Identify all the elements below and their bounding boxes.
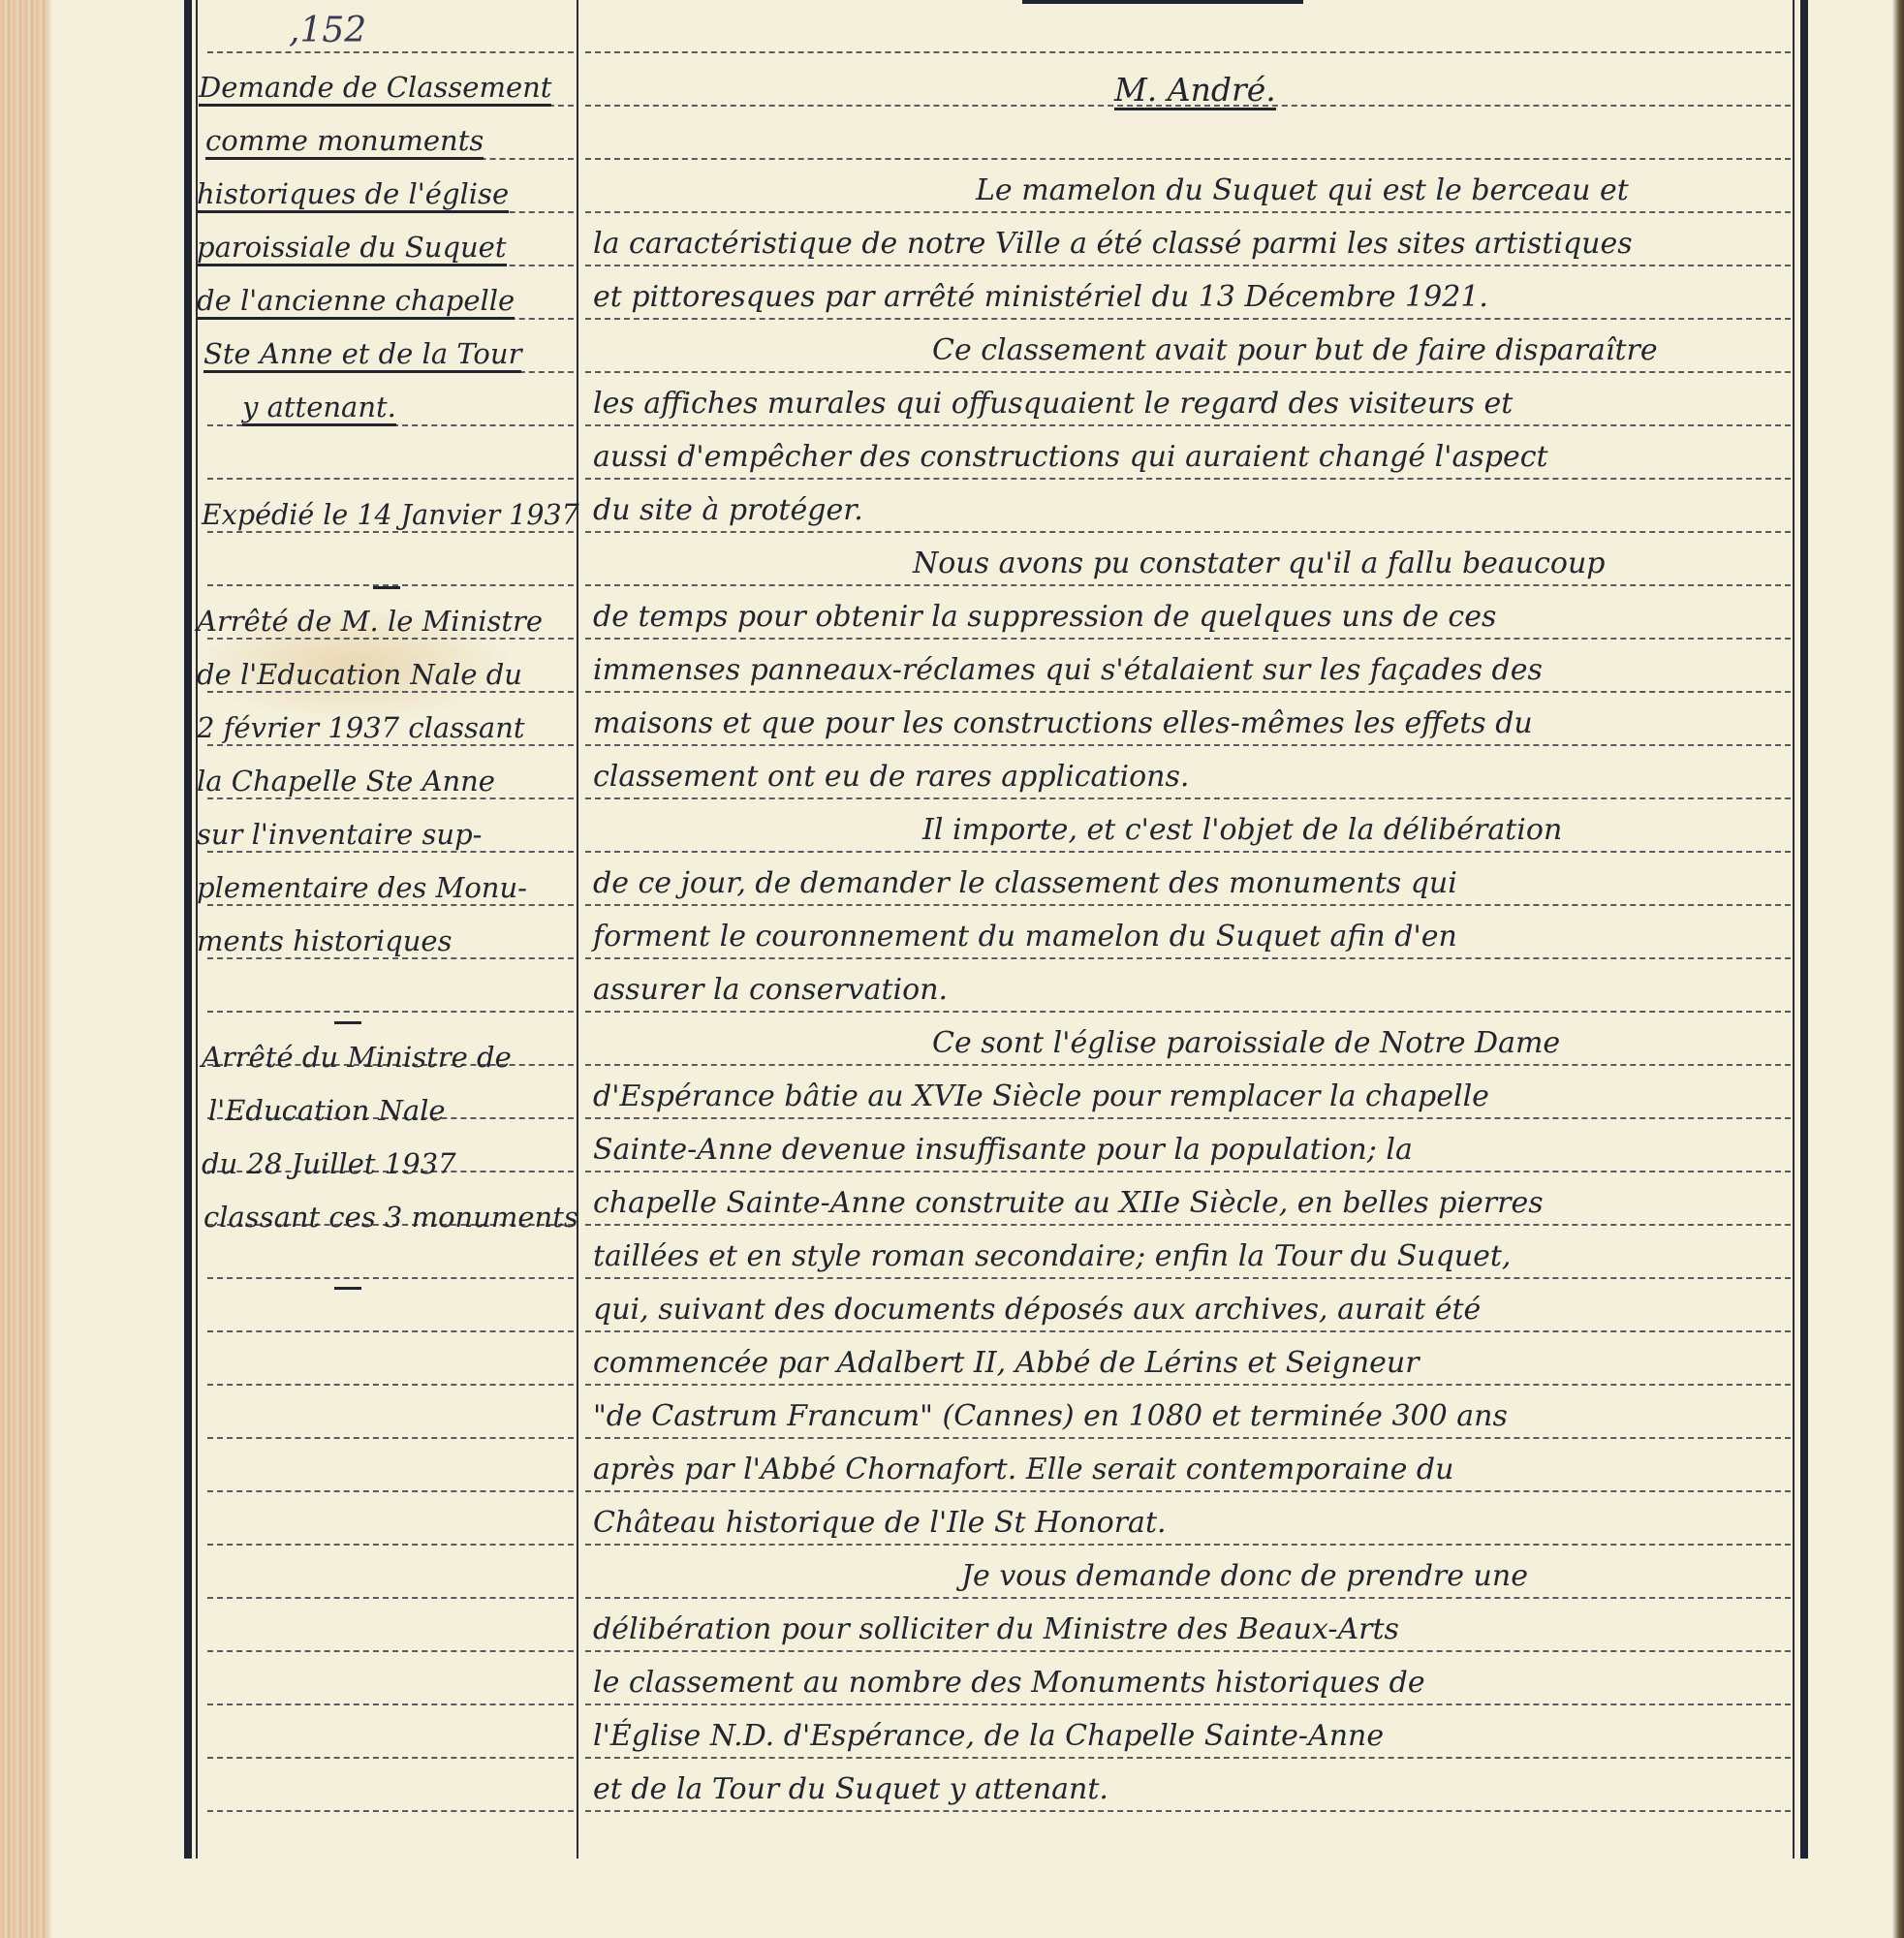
ruled-line — [585, 318, 1791, 320]
decree-line: de l'Education Nale du — [197, 661, 522, 689]
body-text-line: qui, suivant des documents déposés aux a… — [593, 1296, 1481, 1325]
body-text-line: taillées et en style roman secondaire; e… — [593, 1242, 1511, 1271]
body-text-line: Nous avons pu constater qu'il a fallu be… — [913, 549, 1606, 578]
ruled-line — [585, 158, 1791, 160]
body-text-line: immenses panneaux-réclames qui s'étalaie… — [593, 656, 1543, 685]
ruled-line — [585, 1064, 1791, 1066]
separator-dash — [334, 1287, 361, 1290]
decree-line: Arrêté du Ministre de — [202, 1044, 512, 1072]
body-text-line: maisons et que pour les constructions el… — [593, 709, 1533, 738]
ruled-line — [585, 1117, 1791, 1119]
body-text-line: forment le couronnement du mamelon du Su… — [593, 922, 1457, 952]
margin-title-line: historiques de l'église — [197, 180, 509, 213]
ruled-line — [207, 797, 574, 799]
book-page-edge-right — [1892, 0, 1904, 1938]
ruled-line — [207, 1650, 574, 1652]
decree-line: du 28 Juillet 1937 — [202, 1150, 456, 1178]
ruled-line — [585, 1704, 1791, 1705]
margin-title-line: Ste Anne et de la Tour — [203, 340, 521, 373]
ruled-line — [207, 1490, 574, 1492]
ruled-line — [585, 478, 1791, 480]
decree-line: sur l'inventaire sup- — [197, 821, 482, 849]
ruled-line — [585, 1277, 1791, 1279]
ruled-line — [207, 531, 574, 533]
ruled-line — [207, 1277, 574, 1279]
ruled-line — [585, 1011, 1791, 1013]
ruled-line — [585, 691, 1791, 693]
speaker-name: M. André. — [1114, 74, 1276, 110]
decree-line: 2 février 1937 classant — [197, 714, 525, 742]
ruled-line — [207, 1757, 574, 1759]
ruled-line — [207, 1704, 574, 1705]
ruled-line — [585, 1437, 1791, 1439]
margin-title-line: de l'ancienne chapelle — [197, 287, 515, 320]
ruled-line — [585, 424, 1791, 426]
decree-line: ments historiques — [197, 927, 452, 955]
body-text-line: d'Espérance bâtie au XVIe Siècle pour re… — [593, 1082, 1489, 1111]
body-text-line: Il importe, et c'est l'objet de la délib… — [922, 816, 1562, 845]
body-text-line: de ce jour, de demander le classement de… — [593, 869, 1457, 898]
body-text-line: commencée par Adalbert II, Abbé de Lérin… — [593, 1349, 1420, 1378]
column-divider — [577, 0, 578, 1859]
separator-dash — [334, 1021, 361, 1024]
ruled-line — [585, 1171, 1791, 1172]
margin-title-line: Demande de Classement — [199, 74, 551, 107]
ruled-line — [207, 1437, 574, 1439]
decree-line: la Chapelle Ste Anne — [197, 767, 495, 796]
body-text-line: Ce classement avait pour but de faire di… — [932, 336, 1658, 365]
book-page-edges-left — [0, 0, 47, 1938]
ruled-line — [585, 957, 1791, 959]
ruled-line — [207, 1597, 574, 1599]
ruled-line — [585, 1810, 1791, 1812]
body-text-line: Ce sont l'église paroissiale de Notre Da… — [932, 1029, 1560, 1058]
body-text-line: les affiches murales qui offusquaient le… — [593, 390, 1513, 419]
body-text-line: assurer la conservation. — [593, 976, 948, 1005]
ruled-line — [585, 1757, 1791, 1759]
ruled-line — [585, 265, 1791, 266]
ruled-line — [207, 1544, 574, 1546]
body-text-line: du site à protéger. — [593, 496, 863, 525]
ruled-line — [207, 1330, 574, 1332]
body-text-line: et de la Tour du Suquet y attenant. — [593, 1775, 1108, 1804]
ruled-line — [585, 531, 1791, 533]
ruled-line — [207, 1384, 574, 1386]
body-text-line: la caractéristique de notre Ville a été … — [593, 230, 1633, 259]
separator-dash — [373, 586, 400, 589]
ruled-line — [207, 51, 574, 53]
top-header-underline — [1022, 0, 1303, 4]
ruled-line — [207, 1810, 574, 1812]
ruled-line — [585, 1490, 1791, 1492]
body-text-line: après par l'Abbé Chornafort. Elle serait… — [593, 1455, 1453, 1485]
ruled-line — [207, 478, 574, 480]
ruled-line — [585, 1224, 1791, 1226]
ruled-line — [585, 851, 1791, 853]
ruled-line — [207, 904, 574, 906]
margin-title-line: paroissiale du Suquet — [197, 234, 507, 266]
ruled-line — [207, 744, 574, 746]
ruled-line — [585, 638, 1791, 640]
body-text-line: et pittoresques par arrêté ministériel d… — [593, 283, 1488, 312]
decree-line: Arrêté de M. le Ministre — [197, 608, 543, 636]
ruled-line — [585, 1544, 1791, 1546]
body-text-line: de temps pour obtenir la suppression de … — [593, 603, 1496, 632]
decree-line: plementaire des Monu- — [197, 874, 527, 902]
page-gutter-shadow — [47, 0, 52, 1938]
ruled-line — [207, 691, 574, 693]
ruled-line — [585, 1650, 1791, 1652]
ruled-line — [207, 851, 574, 853]
ruled-line — [207, 957, 574, 959]
body-text-line: aussi d'empêcher des constructions qui a… — [593, 443, 1548, 472]
sent-date-note: Expédié le 14 Janvier 1937 — [202, 501, 579, 529]
decree-line: classant ces 3 monuments — [203, 1203, 578, 1232]
body-text-line: Château historique de l'Ile St Honorat. — [593, 1509, 1167, 1538]
ruled-line — [585, 904, 1791, 906]
entry-number: ,152 — [289, 14, 366, 48]
frame-border-right-thick — [1800, 0, 1808, 1859]
body-text-line: "de Castrum Francum" (Cannes) en 1080 et… — [593, 1402, 1508, 1431]
body-text-line: l'Église N.D. d'Espérance, de la Chapell… — [593, 1722, 1384, 1751]
decree-line: l'Education Nale — [208, 1097, 446, 1125]
ruled-line — [585, 211, 1791, 213]
ruled-line — [585, 797, 1791, 799]
ruled-line — [585, 744, 1791, 746]
ruled-line — [585, 1597, 1791, 1599]
body-text-line: chapelle Sainte-Anne construite au XIIe … — [593, 1189, 1544, 1218]
ruled-line — [207, 1011, 574, 1013]
margin-title-line: comme monuments — [205, 127, 484, 160]
body-text-line: Le mamelon du Suquet qui est le berceau … — [976, 176, 1629, 205]
body-text-line: classement ont eu de rares applications. — [593, 763, 1189, 792]
ruled-line — [585, 1330, 1791, 1332]
frame-border-left-thick — [184, 0, 192, 1859]
body-text-line: Je vous demande donc de prendre une — [961, 1562, 1528, 1591]
ruled-line — [585, 371, 1791, 373]
ruled-line — [207, 638, 574, 640]
body-text-line: le classement au nombre des Monuments hi… — [593, 1669, 1425, 1698]
ruled-line — [585, 1384, 1791, 1386]
body-text-line: délibération pour solliciter du Ministre… — [593, 1615, 1399, 1644]
frame-border-right-thin — [1793, 0, 1795, 1859]
entry-number-value: 152 — [299, 11, 366, 50]
ruled-line — [585, 51, 1791, 53]
margin-title-line: y attenant. — [242, 393, 396, 426]
ruled-line — [585, 584, 1791, 586]
body-text-line: Sainte-Anne devenue insuffisante pour la… — [593, 1136, 1413, 1165]
